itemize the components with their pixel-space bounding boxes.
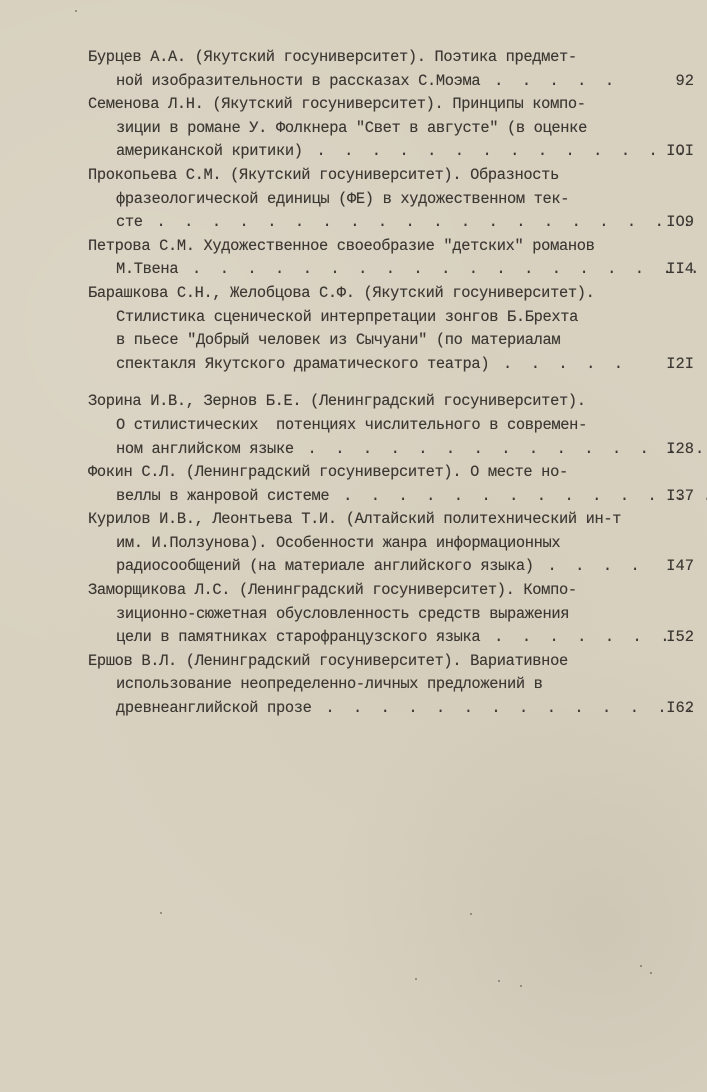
dot-leader: . . . . . . . . . . . . . . . (329, 487, 707, 505)
entry-text: цели в памятниках старофранцузского язык… (116, 628, 480, 646)
entry-text: О стилистических потенциях числительного… (116, 416, 587, 434)
table-of-contents: Бурцев А.А. (Якутский госуниверситет). П… (88, 46, 694, 721)
entry-title-line: Барашкова С.Н., Желобцова С.Ф. (Якутский… (88, 282, 694, 306)
entry-text: ном английском языке (116, 440, 294, 458)
entry-text: в пьесе "Добрый человек из Сычуани" (по … (116, 331, 560, 349)
entry-text: фразеологической единицы (ФЕ) в художест… (116, 190, 569, 208)
paper-speck (160, 912, 162, 914)
entry-title-line: в пьесе "Добрый человек из Сычуани" (по … (88, 329, 694, 353)
paper-speck (75, 10, 77, 12)
entry-text: Заморщикова Л.С. (Ленинградский госуниве… (88, 581, 577, 599)
entry-title-line: использование неопределенно-личных предл… (88, 673, 694, 697)
toc-entry: Барашкова С.Н., Желобцова С.Ф. (Якутский… (88, 282, 694, 376)
toc-entry: Прокопьева С.М. (Якутский госуниверситет… (88, 164, 694, 235)
page-number: I37 (666, 485, 694, 509)
entry-text: им. И.Ползунова). Особенности жанра инфо… (116, 534, 560, 552)
page-number: I2I (666, 353, 694, 377)
entry-title-line: зиционно-сюжетная обусловленность средст… (88, 603, 694, 627)
page-number: IOI (666, 140, 694, 164)
paper-speck (498, 980, 500, 982)
scanned-page: Бурцев А.А. (Якутский госуниверситет). П… (0, 0, 707, 1092)
paper-speck (640, 965, 642, 967)
entry-title-line: Ершов В.Л. (Ленинградский госуниверситет… (88, 650, 694, 674)
dot-leader: . . . . . . . . . . . . . . . . (303, 142, 707, 160)
entry-text: Петрова С.М. Художественное своеобразие … (88, 237, 595, 255)
entry-text: радиосообщений (на материале английского… (116, 557, 534, 575)
entry-text: американской критики) (116, 142, 303, 160)
entry-title-line: цели в памятниках старофранцузского язык… (88, 626, 694, 650)
dot-leader: . . . . . . . . . . . . . . . . . . . . … (143, 213, 707, 231)
entry-title-line: Бурцев А.А. (Якутский госуниверситет). П… (88, 46, 694, 70)
toc-entry: Ершов В.Л. (Ленинградский госуниверситет… (88, 650, 694, 721)
entry-title-line: ном английском языке . . . . . . . . . .… (88, 438, 694, 462)
toc-entry: Петрова С.М. Художественное своеобразие … (88, 235, 694, 282)
entry-title-line: фразеологической единицы (ФЕ) в художест… (88, 188, 694, 212)
dot-leader: . . . . . . . . . . . . . . . . . (312, 699, 707, 717)
entry-text: зиции в романе У. Фолкнера "Свет в авгус… (116, 119, 587, 137)
entry-title-line: Курилов И.В., Леонтьева Т.И. (Алтайский … (88, 508, 694, 532)
toc-entry: Фокин С.Л. (Ленинградский госуниверситет… (88, 461, 694, 508)
entry-text: Курилов И.В., Леонтьева Т.И. (Алтайский … (88, 510, 621, 528)
entry-text: Ершов В.Л. (Ленинградский госуниверситет… (88, 652, 568, 670)
entry-title-line: зиции в романе У. Фолкнера "Свет в авгус… (88, 117, 694, 141)
entry-title-line: веллы в жанровой системе . . . . . . . .… (88, 485, 694, 509)
entry-title-line: Прокопьева С.М. (Якутский госуниверситет… (88, 164, 694, 188)
toc-entry: Бурцев А.А. (Якутский госуниверситет). П… (88, 46, 694, 93)
entry-text: сте (116, 213, 143, 231)
dot-leader: . . . . . . . (480, 628, 674, 646)
entry-text: ной изобразительности в рассказах С.Моэм… (116, 72, 480, 90)
entry-text: Бурцев А.А. (Якутский госуниверситет). П… (88, 48, 577, 66)
page-number: I28 (666, 438, 694, 462)
dot-leader: . . . . . (480, 72, 618, 90)
page-number: I47 (666, 555, 694, 579)
toc-entry: Курилов И.В., Леонтьева Т.И. (Алтайский … (88, 508, 694, 579)
page-number: I52 (666, 626, 694, 650)
page-number: 92 (676, 70, 694, 94)
entry-title-line: Петрова С.М. Художественное своеобразие … (88, 235, 694, 259)
entry-text: древнеанглийской прозе (116, 699, 312, 717)
entry-title-line: американской критики) . . . . . . . . . … (88, 140, 694, 164)
paper-speck (650, 972, 652, 974)
entry-title-line: древнеанглийской прозе . . . . . . . . .… (88, 697, 694, 721)
dot-leader: . . . . . . . . . . . . . . . . . (294, 440, 707, 458)
paper-speck (520, 985, 522, 987)
dot-leader: . . . . (534, 557, 645, 575)
entry-title-line: Фокин С.Л. (Ленинградский госуниверситет… (88, 461, 694, 485)
entry-title-line: ной изобразительности в рассказах С.Моэм… (88, 70, 694, 94)
dot-leader: . . . . . . . . . . . . . . . . . . . . … (178, 260, 707, 278)
entry-text: спектакля Якутского драматического театр… (116, 355, 489, 373)
entry-text: Барашкова С.Н., Желобцова С.Ф. (Якутский… (88, 284, 595, 302)
toc-entry: Зорина И.В., Зернов Б.Е. (Ленинградский … (88, 390, 694, 461)
page-number: IO9 (666, 211, 694, 235)
toc-entry: Заморщикова Л.С. (Ленинградский госуниве… (88, 579, 694, 650)
entry-text: М.Твена (116, 260, 178, 278)
entry-text: Семенова Л.Н. (Якутский госуниверситет).… (88, 95, 586, 113)
entry-title-line: радиосообщений (на материале английского… (88, 555, 694, 579)
entry-title-line: Стилистика сценической интерпретации зон… (88, 306, 694, 330)
dot-leader: . . . . . (489, 355, 627, 373)
paper-speck (470, 913, 472, 915)
entry-title-line: сте . . . . . . . . . . . . . . . . . . … (88, 211, 694, 235)
entry-text: зиционно-сюжетная обусловленность средст… (116, 605, 569, 623)
entry-text: Зорина И.В., Зернов Б.Е. (Ленинградский … (88, 392, 586, 410)
entry-text: использование неопределенно-личных предл… (116, 675, 543, 693)
page-number: II4 (666, 258, 694, 282)
entry-text: Прокопьева С.М. (Якутский госуниверситет… (88, 166, 559, 184)
paper-speck (415, 978, 417, 980)
entry-text: веллы в жанровой системе (116, 487, 329, 505)
entry-title-line: Зорина И.В., Зернов Б.Е. (Ленинградский … (88, 390, 694, 414)
entry-title-line: Семенова Л.Н. (Якутский госуниверситет).… (88, 93, 694, 117)
entry-title-line: спектакля Якутского драматического театр… (88, 353, 694, 377)
entry-title-line: О стилистических потенциях числительного… (88, 414, 694, 438)
entry-title-line: им. И.Ползунова). Особенности жанра инфо… (88, 532, 694, 556)
entry-text: Фокин С.Л. (Ленинградский госуниверситет… (88, 463, 568, 481)
entry-title-line: Заморщикова Л.С. (Ленинградский госуниве… (88, 579, 694, 603)
entry-text: Стилистика сценической интерпретации зон… (116, 308, 578, 326)
toc-entry: Семенова Л.Н. (Якутский госуниверситет).… (88, 93, 694, 164)
page-number: I62 (666, 697, 694, 721)
entry-title-line: М.Твена . . . . . . . . . . . . . . . . … (88, 258, 694, 282)
